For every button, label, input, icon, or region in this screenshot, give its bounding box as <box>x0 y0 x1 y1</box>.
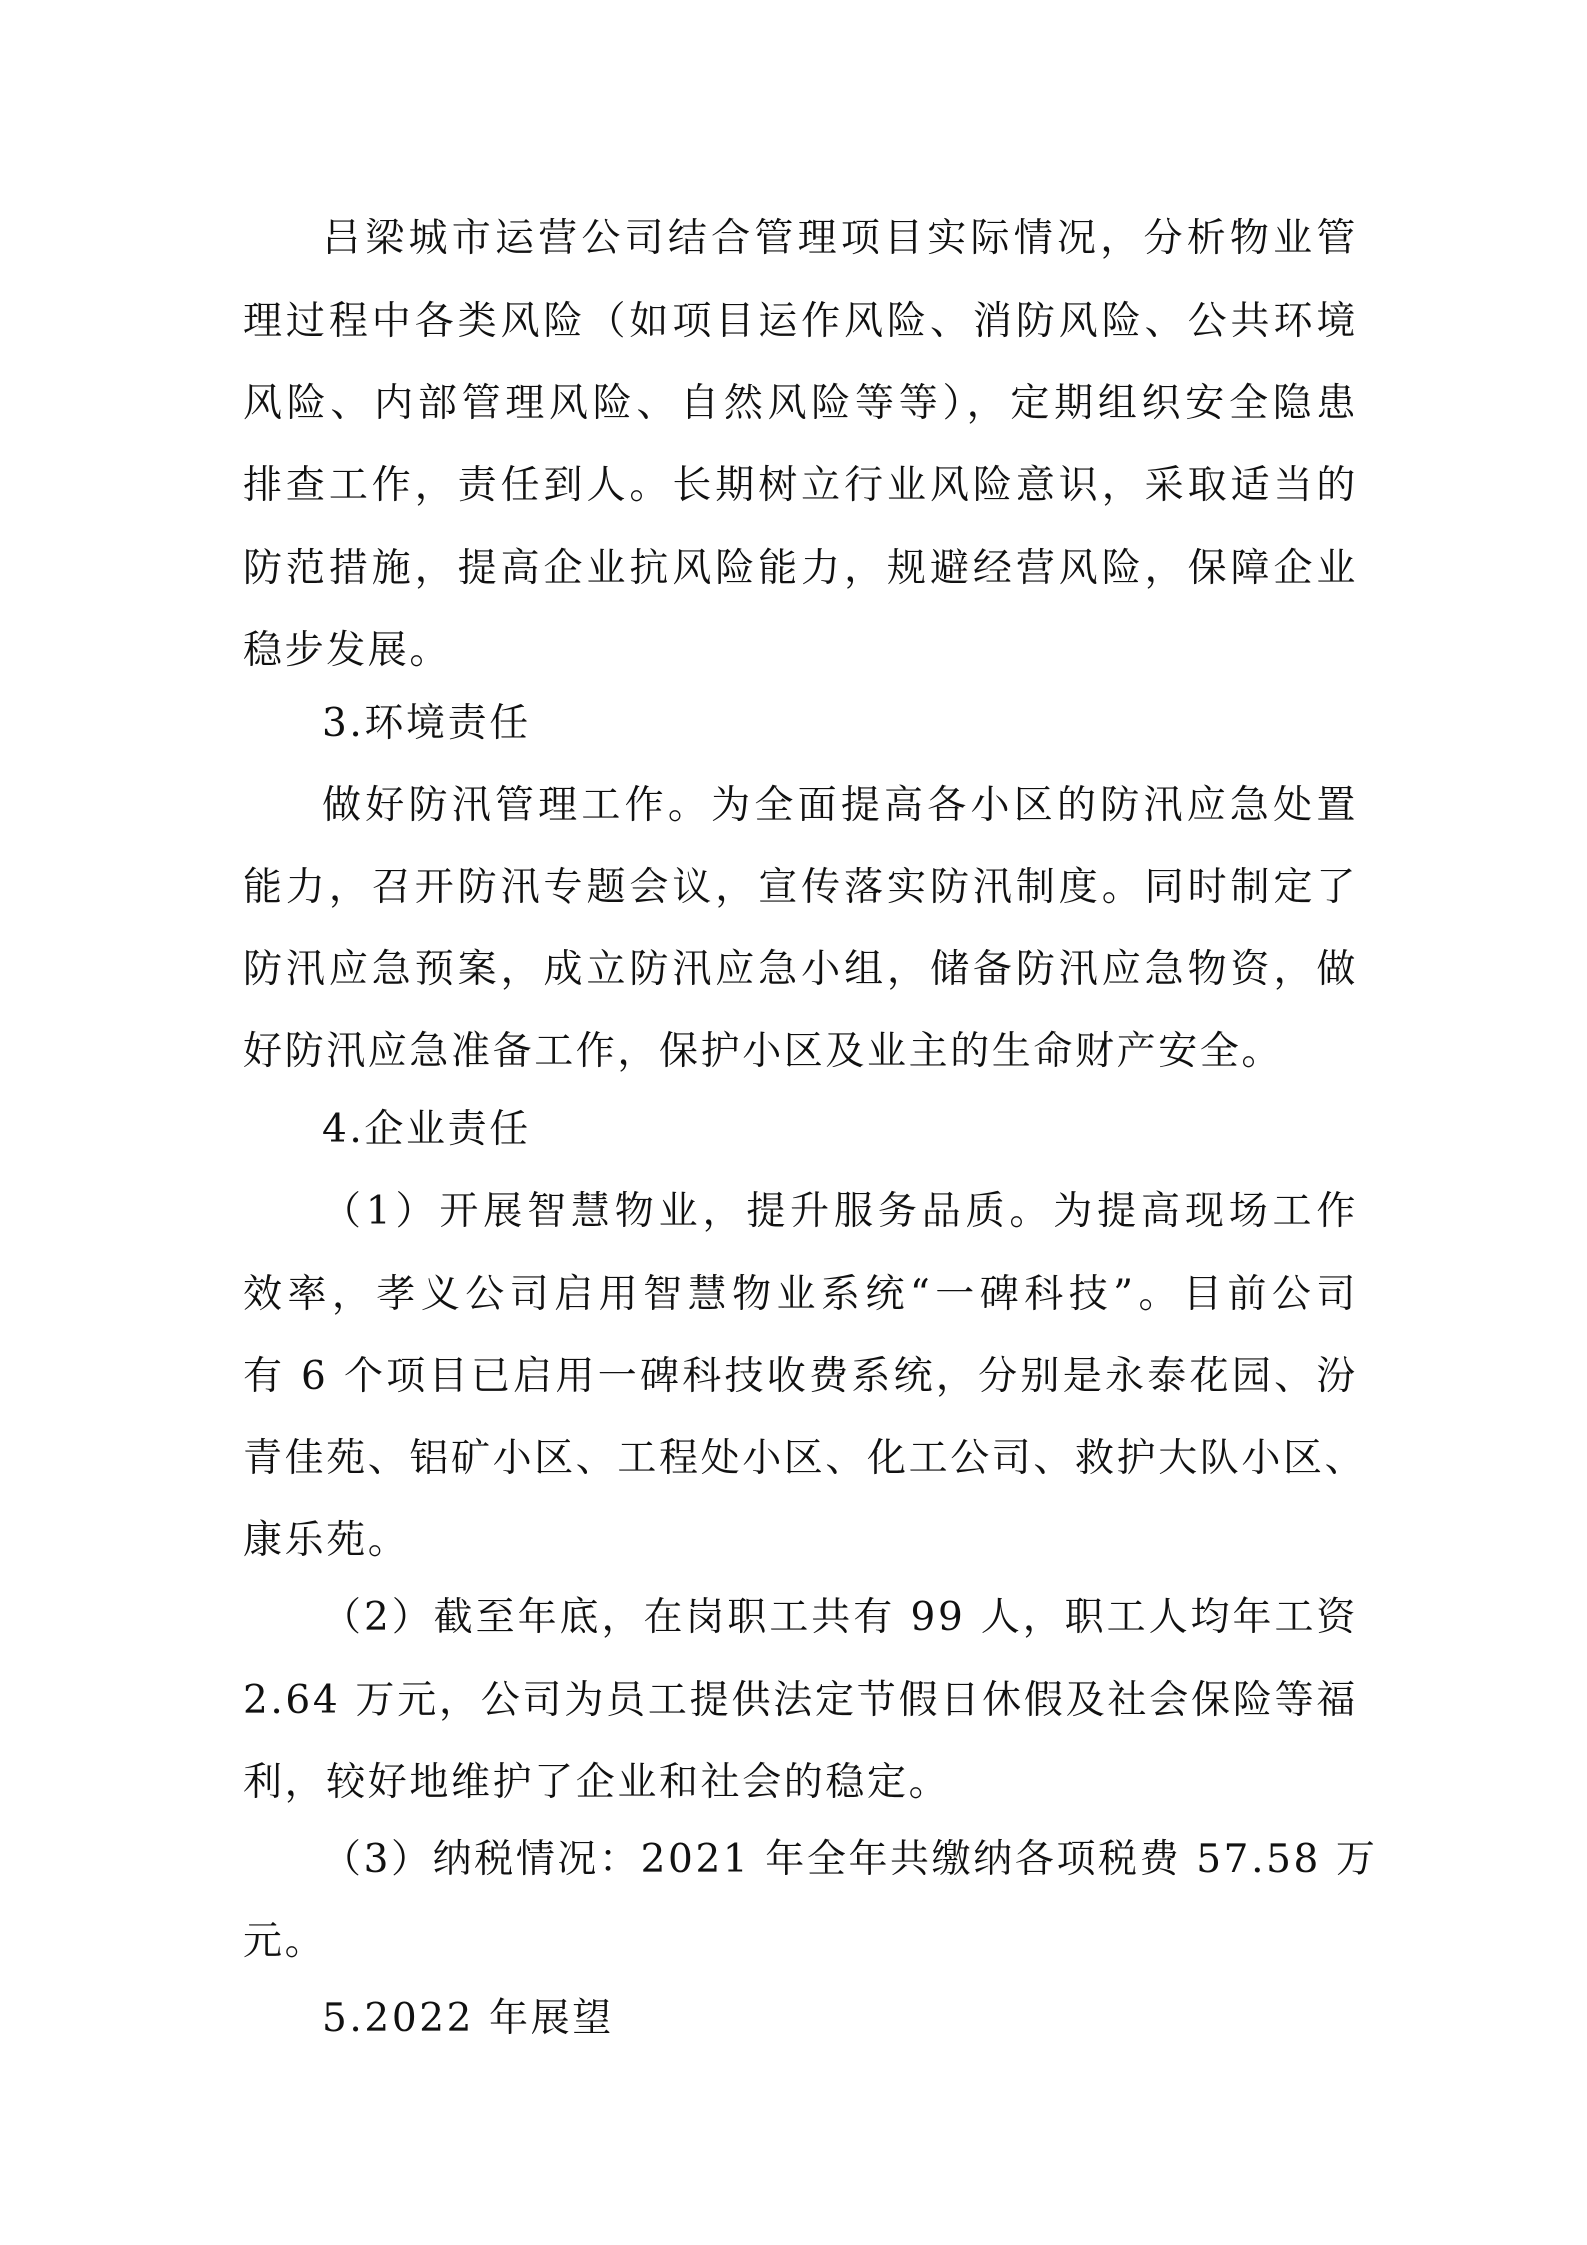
paragraph-flood-line-3: 防汛应急预案，成立防汛应急小组，储备防汛应急物资，做 <box>243 946 1358 994</box>
paragraph-risk-line-4: 排查工作，责任到人。长期树立行业风险意识，采取适当的 <box>243 462 1358 510</box>
paragraph-staff-line-2: 2.64 万元，公司为员工提供法定节假日休假及社会保险等福 <box>243 1677 1358 1725</box>
paragraph-tax-line-1: （3）纳税情况：2021 年全年共缴纳各项税费 57.58 万 <box>322 1836 1358 1884</box>
paragraph-risk-line-2: 理过程中各类风险（如项目运作风险、消防风险、公共环境 <box>243 298 1358 346</box>
paragraph-smart-property-line-4: 青佳苑、铝矿小区、工程处小区、化工公司、救护大队小区、 <box>243 1435 1358 1483</box>
paragraph-smart-property-line-1: （1）开展智慧物业，提升服务品质。为提高现场工作 <box>322 1188 1358 1236</box>
paragraph-flood-line-2: 能力，召开防汛专题会议，宣传落实防汛制度。同时制定了 <box>243 864 1358 912</box>
paragraph-flood-line-1: 做好防汛管理工作。为全面提高各小区的防汛应急处置 <box>322 782 1358 830</box>
paragraph-risk-line-1: 吕梁城市运营公司结合管理项目实际情况，分析物业管 <box>322 215 1358 263</box>
paragraph-flood-line-4: 好防汛应急准备工作，保护小区及业主的生命财产安全。 <box>243 1028 1358 1076</box>
paragraph-risk-line-6: 稳步发展。 <box>243 627 1358 675</box>
section-heading-environment: 3.环境责任 <box>322 700 531 748</box>
paragraph-staff-line-1: （2）截至年底，在岗职工共有 99 人，职工人均年工资 <box>322 1594 1358 1642</box>
section-heading-outlook-2022: 5.2022 年展望 <box>322 1995 614 2043</box>
document-page: 吕梁城市运营公司结合管理项目实际情况，分析物业管 理过程中各类风险（如项目运作风… <box>0 0 1587 2245</box>
paragraph-smart-property-line-3: 有 6 个项目已启用一碑科技收费系统，分别是永泰花园、汾 <box>243 1353 1358 1401</box>
paragraph-smart-property-line-5: 康乐苑。 <box>243 1517 1358 1565</box>
paragraph-staff-line-3: 利，较好地维护了企业和社会的稳定。 <box>243 1759 1358 1807</box>
paragraph-risk-line-5: 防范措施，提高企业抗风险能力，规避经营风险，保障企业 <box>243 545 1358 593</box>
paragraph-risk-line-3: 风险、内部管理风险、自然风险等等），定期组织安全隐患 <box>243 380 1358 428</box>
section-heading-enterprise: 4.企业责任 <box>322 1106 531 1154</box>
paragraph-smart-property-line-2: 效率，孝义公司启用智慧物业系统“一碑科技”。目前公司 <box>243 1271 1358 1319</box>
paragraph-tax-line-2: 元。 <box>243 1918 1358 1966</box>
